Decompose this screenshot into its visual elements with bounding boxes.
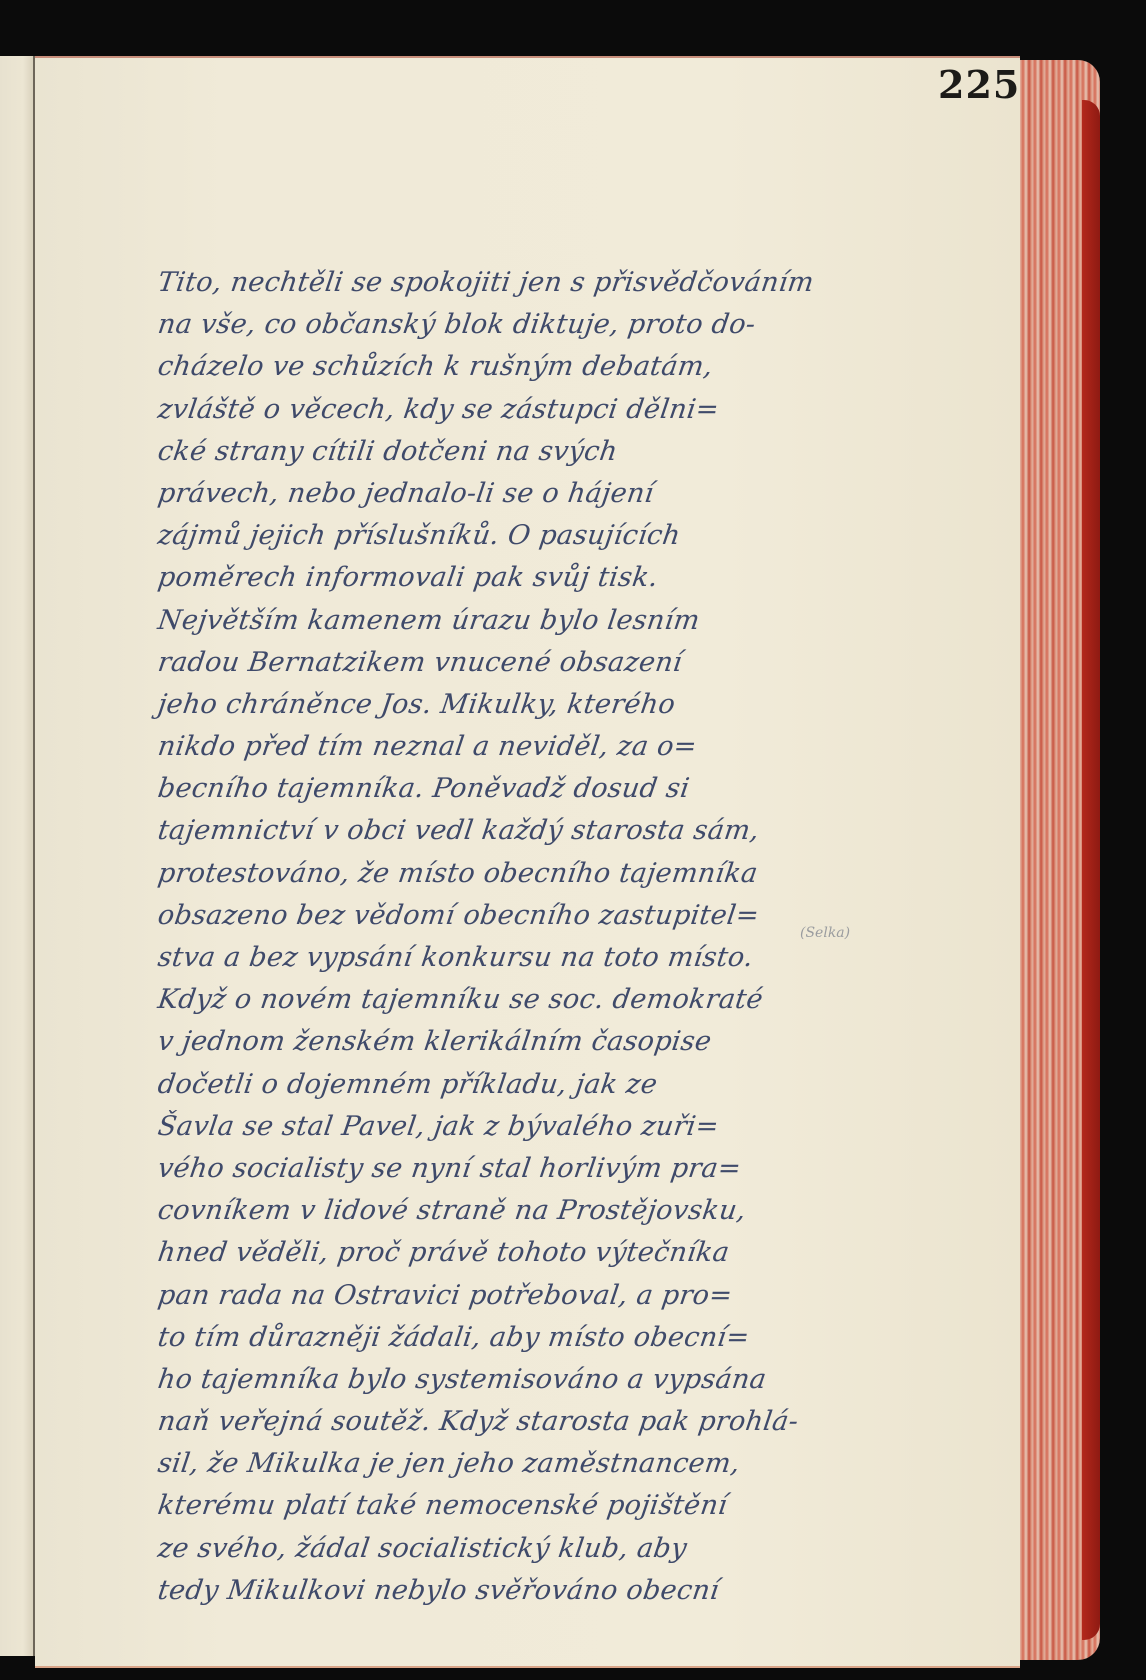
text-line: ze svého, žádal socialistický klub, aby — [155, 1528, 851, 1570]
text-line: cké strany cítili dotčeni na svých — [155, 431, 851, 473]
text-line: dočetli o dojemném příkladu, jak ze — [155, 1064, 851, 1106]
text-line: tajemnictví v obci vedl každý starosta s… — [155, 810, 851, 852]
text-line: právech, nebo jednalo-li se o hájení — [155, 473, 851, 515]
text-line: Když o novém tajemníku se soc. demokraté — [155, 979, 851, 1021]
text-line: radou Bernatzikem vnucené obsazení — [155, 642, 851, 684]
text-line: kterému platí také nemocenské pojištění — [155, 1485, 851, 1527]
text-line: stva a bez vypsání konkursu na toto míst… — [155, 937, 851, 979]
text-line: to tím důrazněji žádali, aby místo obecn… — [155, 1317, 851, 1359]
text-line: covníkem v lidové straně na Prostějovsku… — [155, 1190, 851, 1232]
pencil-margin-note: (Selka) — [800, 925, 850, 941]
text-line: nikdo před tím neznal a neviděl, za o= — [155, 726, 851, 768]
text-line: hned věděli, proč právě tohoto výtečníka — [155, 1232, 851, 1274]
text-line: v jednom ženském klerikálním časopise — [155, 1021, 851, 1063]
text-line: Šavla se stal Pavel, jak z bývalého zuři… — [155, 1106, 851, 1148]
text-line: zvláště o věcech, kdy se zástupci dělni= — [155, 389, 851, 431]
text-line: obsazeno bez vědomí obecního zastupitel= — [155, 895, 851, 937]
left-page-edge — [0, 56, 35, 1656]
text-line: zájmů jejich příslušníků. O pasujících — [155, 515, 851, 557]
text-line: Tito, nechtěli se spokojiti jen s přisvě… — [155, 262, 851, 304]
text-line: protestováno, že místo obecního tajemník… — [155, 853, 851, 895]
page-edges-red — [1020, 60, 1100, 1660]
text-line: pan rada na Ostravici potřeboval, a pro= — [155, 1275, 851, 1317]
text-line: tedy Mikulkovi nebylo svěřováno obecní — [155, 1570, 851, 1612]
text-line: Největším kamenem úrazu bylo lesním — [155, 600, 851, 642]
text-line: poměrech informovali pak svůj tisk. — [155, 557, 851, 599]
handwritten-text-block: Tito, nechtěli se spokojiti jen s přisvě… — [158, 262, 848, 1612]
text-line: sil, že Mikulka je jen jeho zaměstnancem… — [155, 1443, 851, 1485]
text-line: vého socialisty se nyní stal horlivým pr… — [155, 1148, 851, 1190]
text-line: jeho chráněnce Jos. Mikulky, kterého — [155, 684, 851, 726]
text-line: ho tajemníka bylo systemisováno a vypsán… — [155, 1359, 851, 1401]
page-number: 225 — [938, 62, 1020, 107]
text-line: na vše, co občanský blok diktuje, proto … — [155, 304, 851, 346]
text-line: becního tajemníka. Poněvadž dosud si — [155, 768, 851, 810]
text-line: cházelo ve schůzích k rušným debatám, — [155, 346, 851, 388]
text-line: naň veřejná soutěž. Když starosta pak pr… — [155, 1401, 851, 1443]
